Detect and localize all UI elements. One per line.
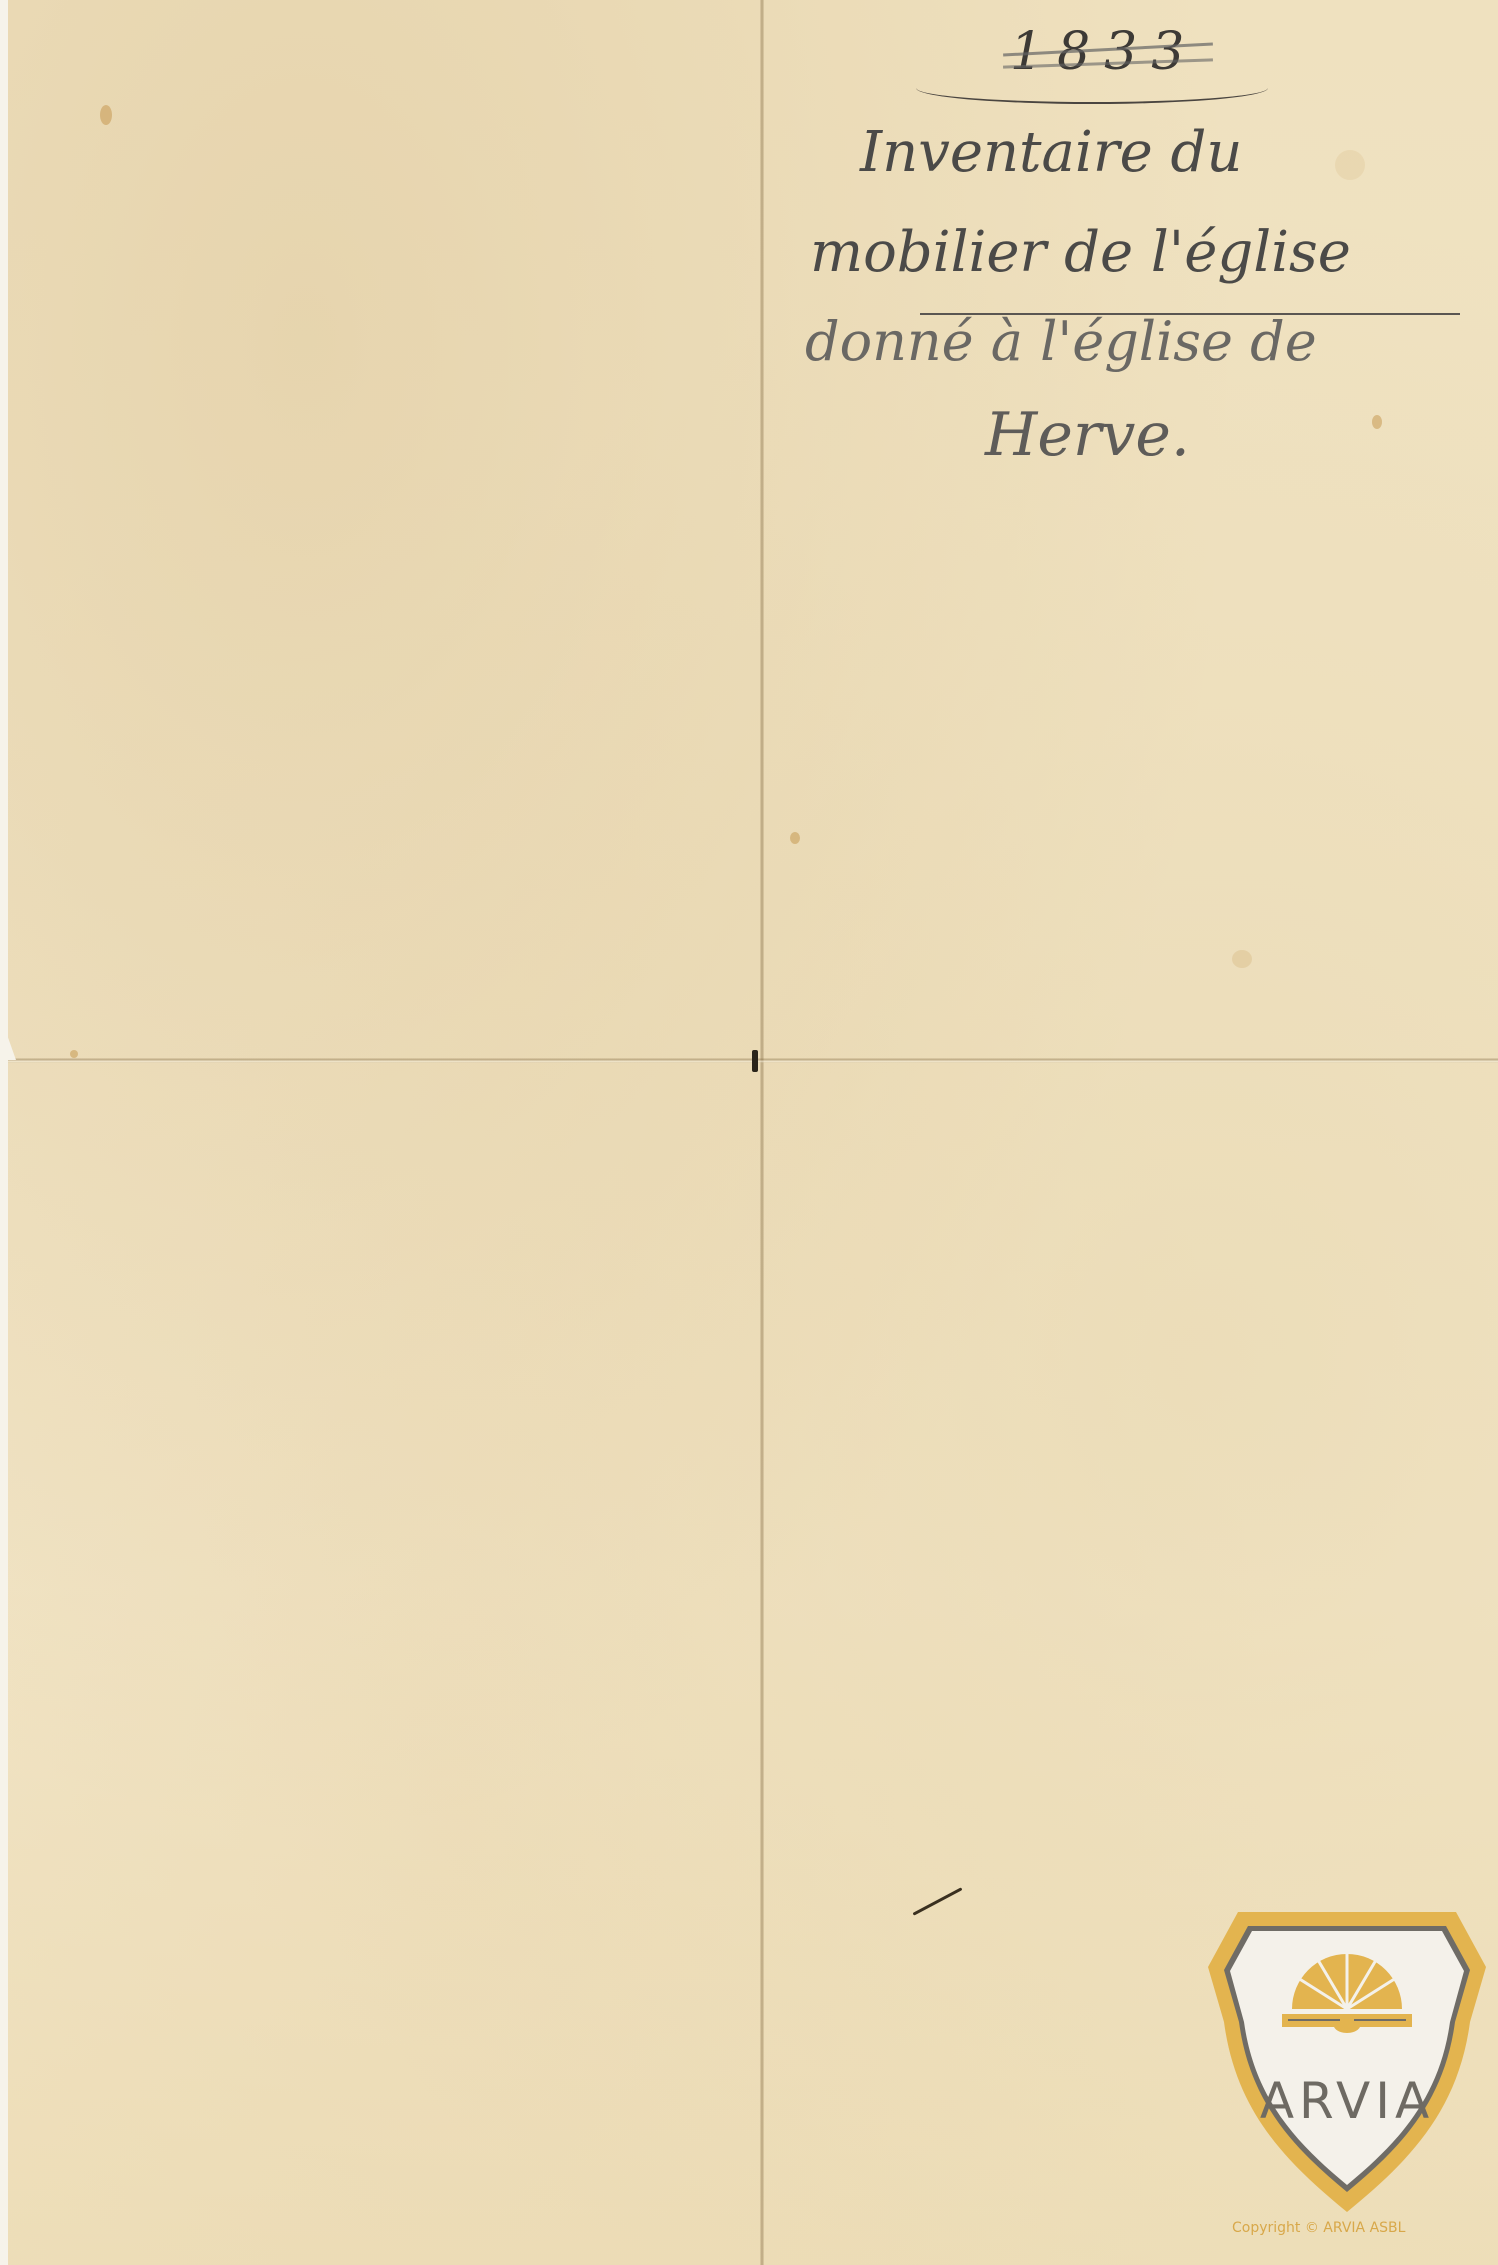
shield-icon <box>1208 1912 1486 2212</box>
handwritten-line-1: Inventaire du <box>860 120 1242 185</box>
fold-tear <box>752 1050 758 1072</box>
handwritten-line-2: mobilier de l'église <box>810 220 1351 285</box>
year-underline <box>916 72 1268 104</box>
stain-spot <box>1372 415 1382 429</box>
paper-edge-notch <box>0 1015 16 1060</box>
copyright-notice: Copyright © ARVIA ASBL <box>1232 2220 1492 2236</box>
stain-spot <box>1232 950 1252 968</box>
stain-spot <box>1335 150 1365 180</box>
handwritten-line-3: donné à l'église de <box>805 310 1317 373</box>
stain-spot <box>790 832 800 844</box>
vertical-fold-line <box>760 0 764 2265</box>
handwritten-line-4: Herve. <box>985 400 1190 470</box>
stain-spot <box>100 105 112 125</box>
stain-spot <box>70 1050 78 1058</box>
logo-wordmark: ARVIA <box>1208 2072 1486 2130</box>
arvia-logo: ARVIA <box>1208 1912 1486 2212</box>
